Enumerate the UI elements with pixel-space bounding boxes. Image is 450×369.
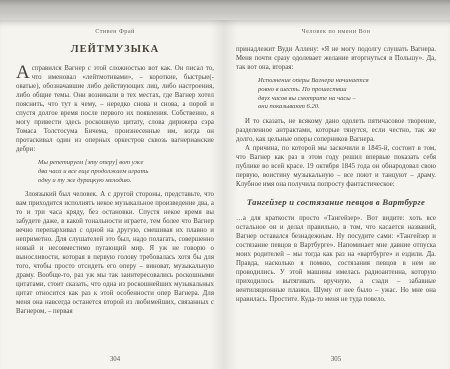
right-running-head: Человек по имени Вон: [236, 28, 436, 35]
left-paragraph-1: Асправился Вагнер с этой сложностью вот …: [16, 64, 214, 154]
left-paragraph-1-text: справился Вагнер с этой сложностью вот к…: [16, 65, 214, 153]
right-paragraph-3: А причина, по которой мы заскочили в 184…: [236, 144, 436, 189]
right-page-number: 305: [236, 356, 436, 363]
right-paragraph-2: И то сказать, не всякому дано одолеть пя…: [236, 117, 436, 144]
page-gutter-shadow: [210, 20, 238, 369]
beecham-quote: Мы репетируем [эту оперу] вот уже два ча…: [38, 159, 214, 185]
left-page: Стивен Фрай ЛЕЙТМУЗЫКА Асправился Вагнер…: [16, 20, 214, 369]
chapter-title: ЛЕЙТМУЗЫКА: [16, 44, 214, 55]
book-scan: Стивен Фрай ЛЕЙТМУЗЫКА Асправился Вагнер…: [0, 0, 450, 369]
book-spread: Стивен Фрай ЛЕЙТМУЗЫКА Асправился Вагнер…: [0, 20, 450, 369]
right-paragraph-4: …а для краткости просто «Тангейзер». Вот…: [236, 214, 436, 304]
left-running-head: Стивен Фрай: [16, 28, 214, 35]
tannhauser-section-heading: Тангейзер и состязание певцов в Вартбург…: [236, 197, 436, 207]
right-page: Человек по имени Вон принадлежит Вуди Ал…: [236, 20, 436, 369]
right-paragraph-1: принадлежит Вуди Аллену: «Я не могу подо…: [236, 45, 436, 72]
drop-cap: А: [16, 64, 32, 81]
wagner-opera-quote: Исполнение оперы Вагнера начинается ровн…: [258, 77, 436, 112]
left-paragraph-2: Злоязыкий был человек. А с другой сторон…: [16, 190, 214, 316]
left-page-number: 304: [16, 356, 214, 363]
